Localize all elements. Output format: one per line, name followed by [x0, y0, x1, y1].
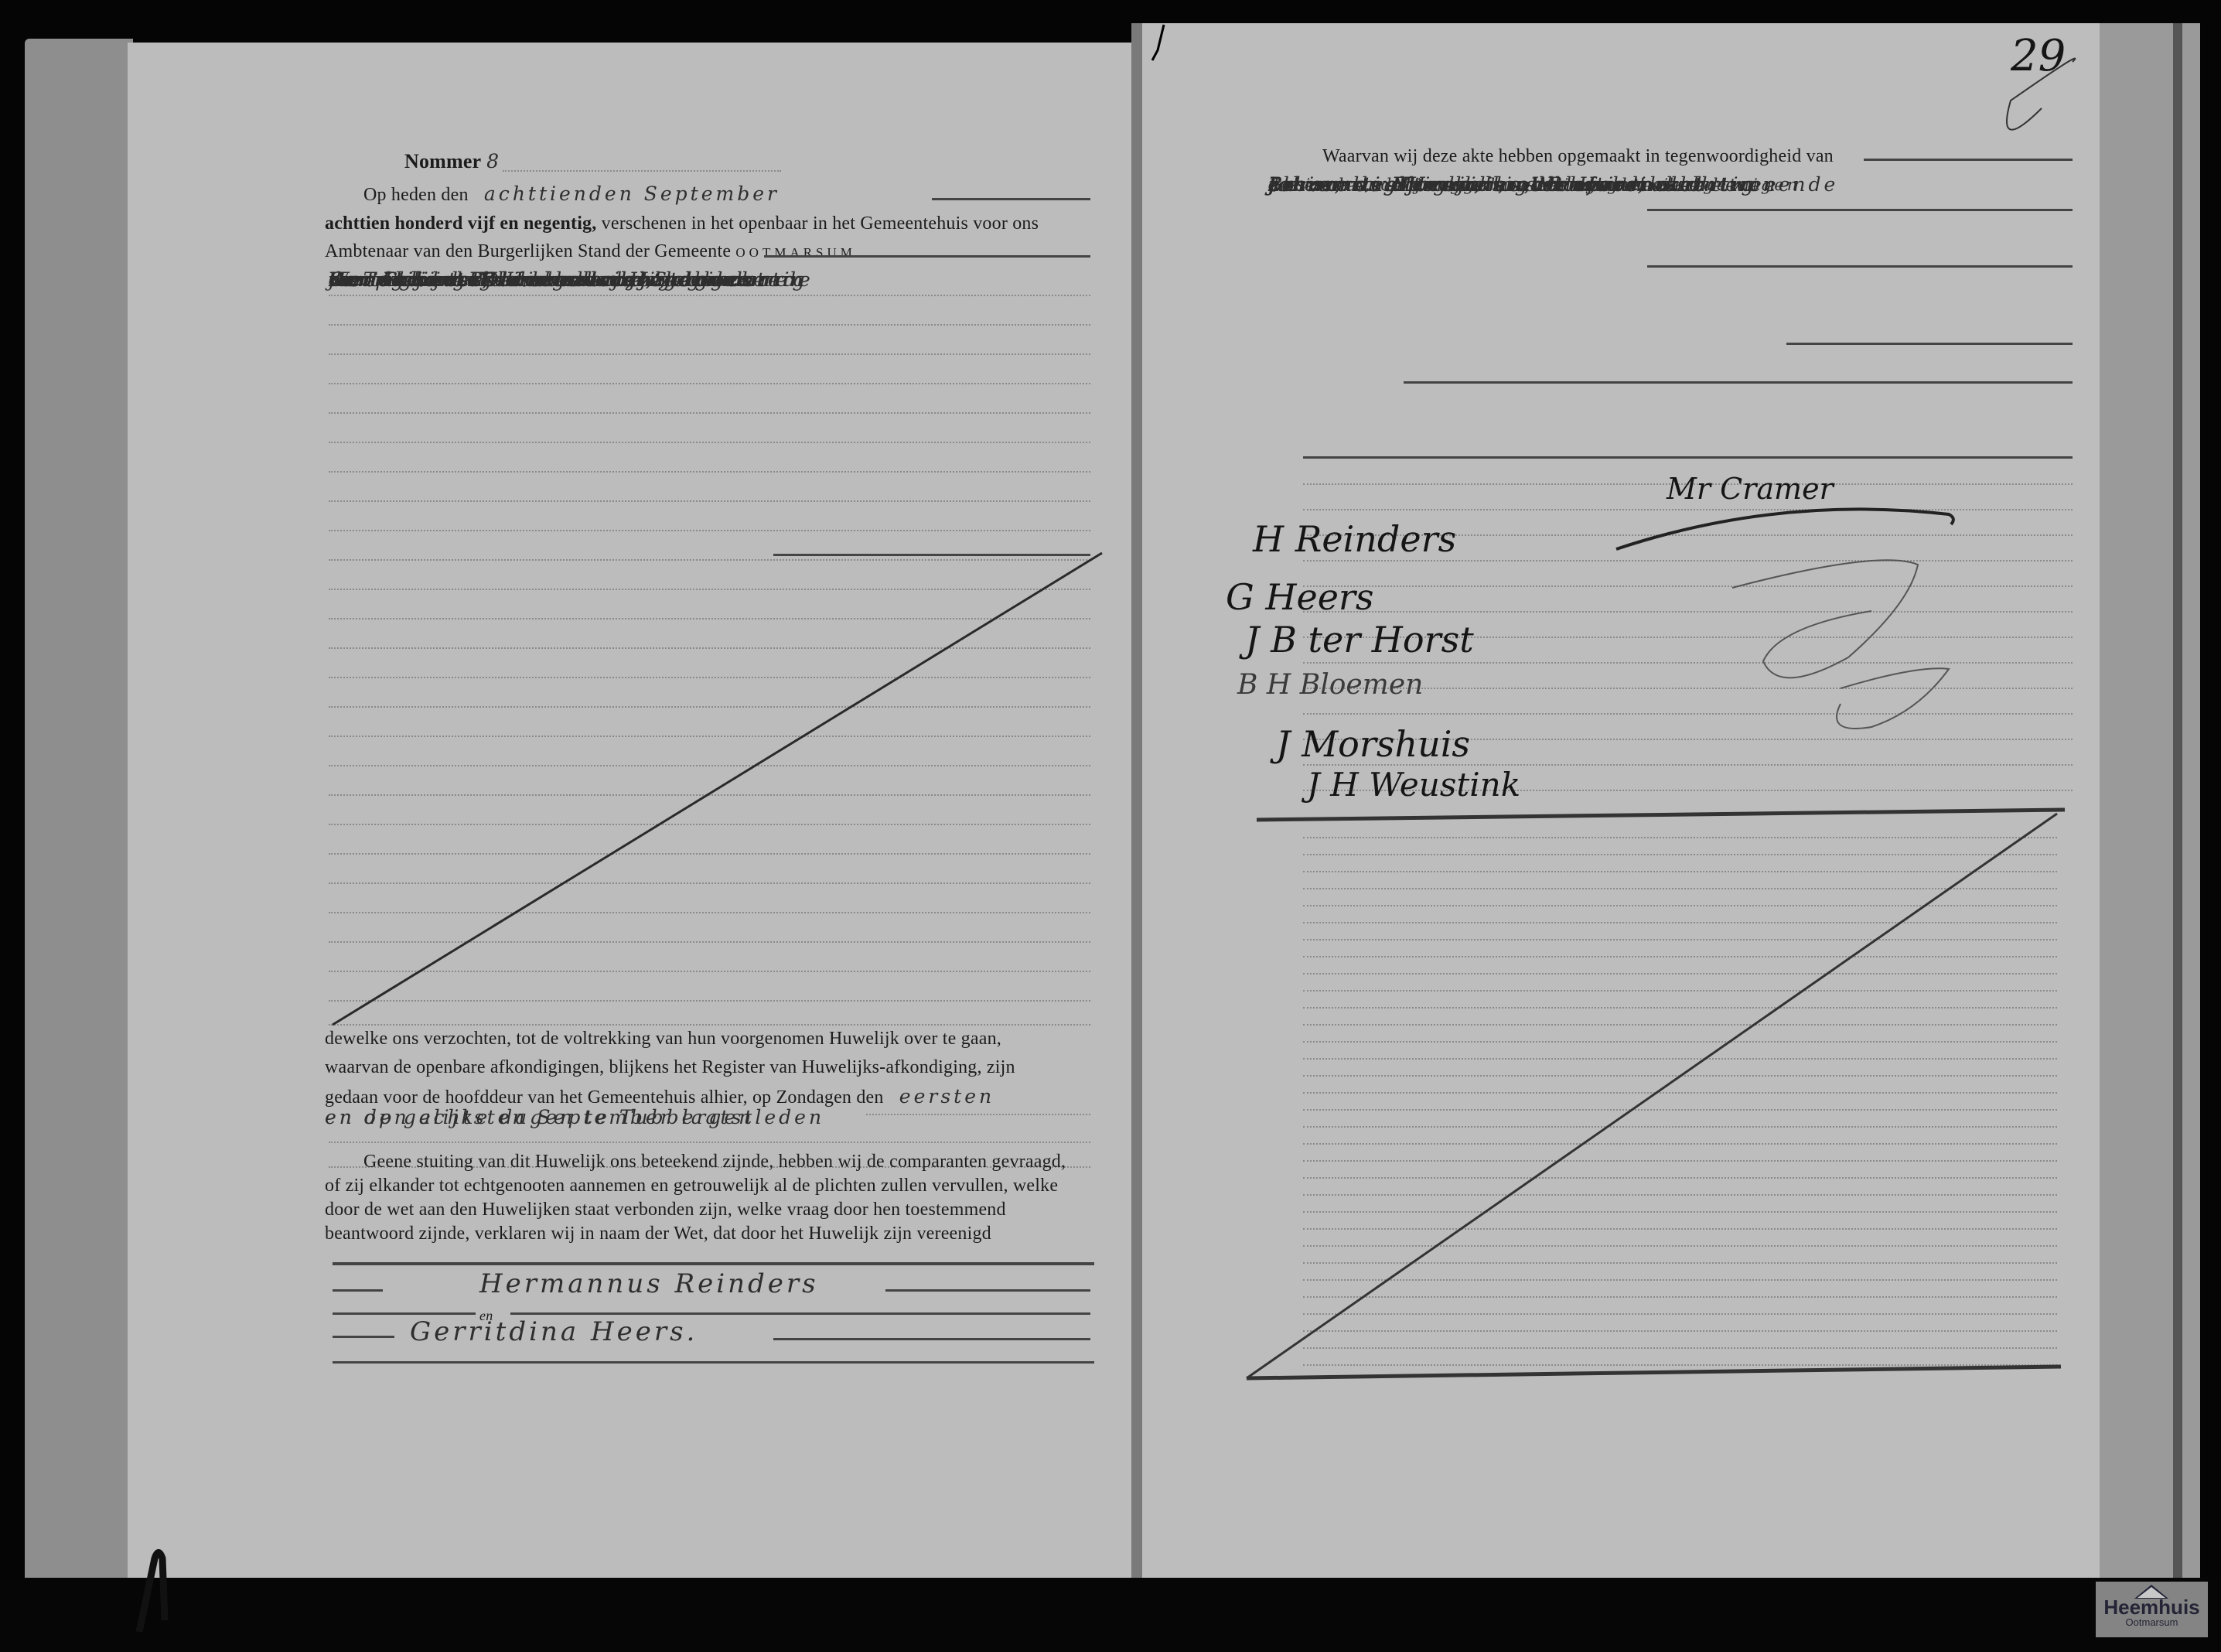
logo-subtitle: Ootmarsum: [2096, 1617, 2208, 1628]
house-roof-icon: [2134, 1585, 2168, 1599]
left-cancel-diagonal: [333, 553, 1102, 1025]
heemhuis-watermark-logo: Heemhuis Ootmarsum: [2096, 1582, 2208, 1637]
register-spread: 29 Nommer 8 Op heden den achttienden Sep…: [0, 0, 2221, 1652]
cancellation-strokes: [0, 0, 2221, 1652]
logo-name: Heemhuis: [2096, 1597, 2208, 1617]
